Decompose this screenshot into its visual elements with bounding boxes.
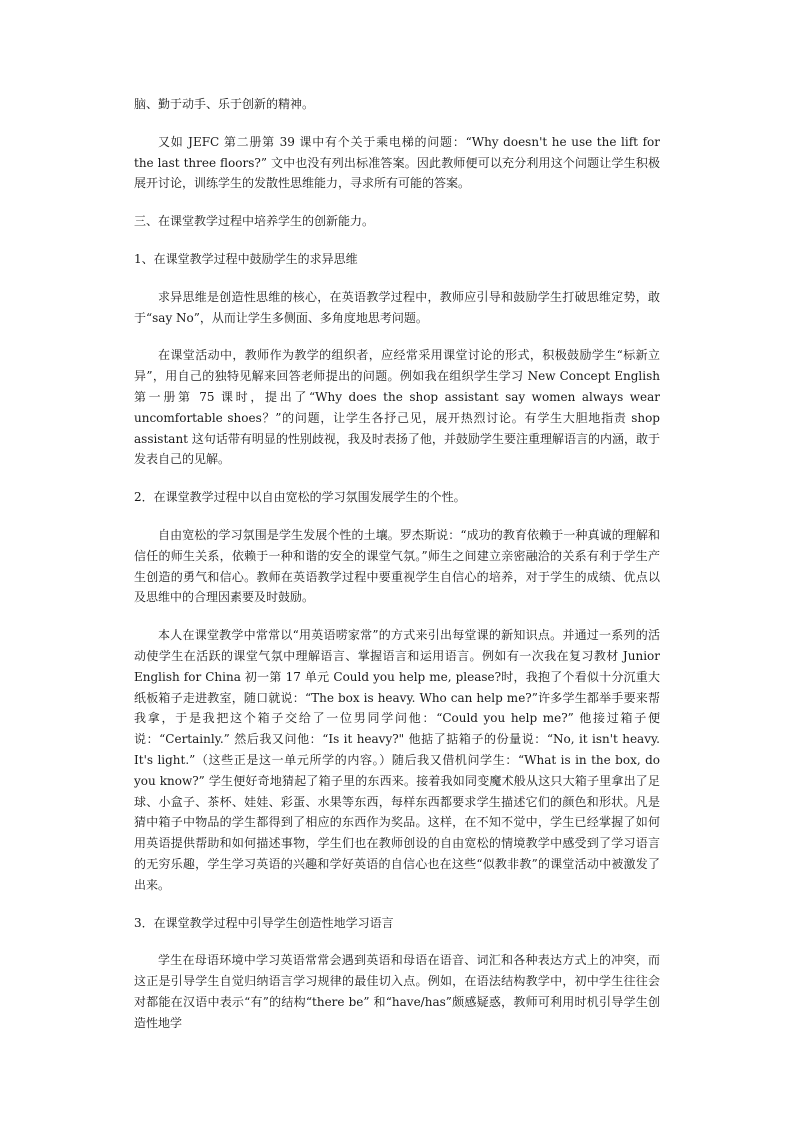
paragraph-mother-tongue: 学生在母语环境中学习英语常常会遇到英语和母语在语音、词汇和各种表达方式上的冲突，… [134,950,660,1033]
paragraph-classroom-discussion: 在课堂活动中，教师作为教学的组织者，应经常采用课堂讨论的形式，积极鼓励学生“标新… [134,345,660,470]
subheading-3: 3．在课堂教学过程中引导学生创造性地学习语言 [134,913,660,934]
subheading-2: 2．在课堂教学过程中以自由宽松的学习氛围发展学生的个性。 [134,487,660,508]
paragraph-jefc-lift-example: 又如 JEFC 第二册第 39 课中有个关于乘电梯的问题：“Why doesn'… [134,132,660,194]
document-page: 脑、勤于动手、乐于创新的精神。 又如 JEFC 第二册第 39 课中有个关于乘电… [134,94,660,1050]
paragraph-continuation: 脑、勤于动手、乐于创新的精神。 [134,94,660,115]
paragraph-relaxed-atmosphere: 自由宽松的学习氛围是学生发展个性的土壤。罗杰斯说：“成功的教育依赖于一种真诚的理… [134,525,660,608]
paragraph-divergent-thinking: 求异思维是创造性思维的核心，在英语教学过程中，教师应引导和鼓励学生打破思维定势，… [134,287,660,329]
subheading-1: 1、在课堂教学过程中鼓励学生的求异思维 [134,249,660,270]
section-heading-3: 三、在课堂教学过程中培养学生的创新能力。 [134,211,660,232]
paragraph-box-activity: 本人在课堂教学中常常以“用英语唠家常”的方式来引出每堂课的新知识点。并通过一系列… [134,625,660,895]
